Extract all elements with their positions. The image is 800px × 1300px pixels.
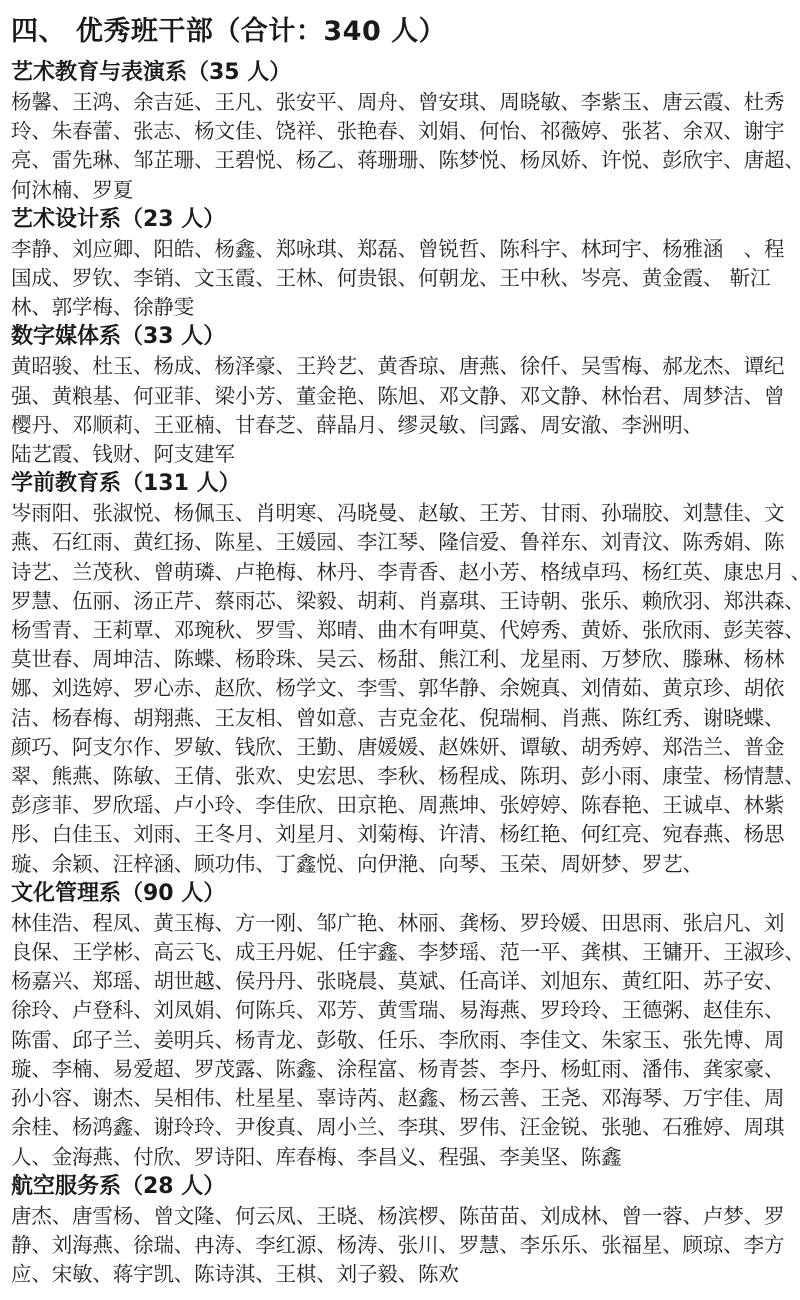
name-list-line: 亮、雷先琳、邹芷珊、王碧悦、杨乙、蒋珊珊、陈梦悦、杨凤娇、许悦、彭欣宇、唐超、 [11, 146, 790, 175]
name-list-line: 孙小容、谢杰、吴相伟、杜星星、辜诗芮、赵鑫、杨云善、王尧、邓海琴、万宇佳、周 [11, 1084, 790, 1113]
name-list-line: 璇、余颖、汪梓涵、顾功伟、丁鑫悦、向伊滟、向琴、玉荣、周妍梦、罗艺、 [11, 850, 790, 879]
name-list-line: 徐玲、卢登科、刘凤娟、何陈兵、邓芳、黄雪瑞、易海燕、罗玲玲、王德粥、赵佳东、 [11, 996, 790, 1025]
name-list-line: 岑雨阳、张淑悦、杨佩玉、肖明寒、冯晓曼、赵敏、王芳、甘雨、孙瑞胶、刘慧佳、文 [11, 499, 790, 528]
department-section: 文化管理系（90 人）林佳浩、程凤、黄玉梅、方一刚、邹广艳、林丽、龚杨、罗玲媛、… [11, 879, 790, 1172]
section-heading: 艺术教育与表演系（35 人） [11, 58, 790, 88]
name-list-line: 应、宋敏、蒋宇凯、陈诗淇、王棋、刘子毅、陈欢 [11, 1260, 790, 1289]
name-list-line: 黄昭骏、杜玉、杨成、杨泽豪、王羚艺、黄香琼、唐燕、徐仟、吴雪梅、郝龙杰、谭纪 [11, 352, 790, 381]
document-page: 四、 优秀班干部（合计：340 人） 艺术教育与表演系（35 人）杨馨、王鸿、余… [0, 0, 800, 1289]
name-list-line: 强、黄粮基、何亚菲、梁小芳、董金艳、陈旭、邓文静、邓文静、林怡君、周梦洁、曾 [11, 382, 790, 411]
name-list-line: 人、金海燕、付欣、罗诗阳、库春梅、李昌义、程强、李美坚、陈鑫 [11, 1143, 790, 1172]
name-list-line: 彭彦菲、罗欣瑶、卢小玲、李佳欣、田京艳、周燕坤、张婷婷、陈春艳、王诚卓、林紫 [11, 791, 790, 820]
name-list-line: 翠、熊燕、陈敏、王倩、张欢、史宏思、李秋、杨程成、陈玥、彭小雨、康莹、杨情慧、 [11, 762, 790, 791]
section-heading: 学前教育系（131 人） [11, 469, 790, 499]
department-section: 数字媒体系（33 人）黄昭骏、杜玉、杨成、杨泽豪、王羚艺、黄香琼、唐燕、徐仟、吴… [11, 322, 790, 469]
department-section: 航空服务系（28 人）唐杰、唐雪杨、曾文隆、何云凤、王晓、杨滨椤、陈苗苗、刘成林… [11, 1172, 790, 1290]
name-list-line: 樱丹、邓顺莉、王亚楠、甘春芝、薛晶月、缪灵敏、闫露、周安澈、李洲明、 [11, 411, 790, 440]
name-list-line: 诗艺、兰茂秋、曾萌璘、卢艳梅、林丹、李青香、赵小芳、格绒卓玛、杨红英、康忠月 、 [11, 558, 790, 587]
name-list-line: 莫世春、周坤洁、陈蝶、杨聆珠、吴云、杨甜、熊江利、龙星雨、万梦欣、滕琳、杨林 [11, 645, 790, 674]
department-section: 学前教育系（131 人）岑雨阳、张淑悦、杨佩玉、肖明寒、冯晓曼、赵敏、王芳、甘雨… [11, 469, 790, 879]
name-list-line: 杨嘉兴、郑瑶、胡世越、侯丹丹、张晓晨、莫斌、任高详、刘旭东、黄红阳、苏子安、 [11, 967, 790, 996]
name-list-line: 彤、白佳玉、刘雨、王冬月、刘星月、刘菊梅、许清、杨红艳、何红亮、宛春燕、杨思 [11, 820, 790, 849]
section-heading: 艺术设计系（23 人） [11, 205, 790, 235]
name-list-line: 璇、李楠、易爱超、罗茂露、陈鑫、涂程富、杨青荟、李丹、杨虹雨、潘伟、龚家豪、 [11, 1055, 790, 1084]
name-list-line: 娜、刘选婷、罗心赤、赵欣、杨学文、李雪、郭华静、余婉真、刘倩茹、黄京珍、胡依 [11, 674, 790, 703]
section-heading: 文化管理系（90 人） [11, 879, 790, 909]
department-section: 艺术设计系（23 人）李静、刘应卿、阳皓、杨鑫、郑咏琪、郑磊、曾锐哲、陈科宇、林… [11, 205, 790, 323]
name-list-line: 静、刘海燕、徐瑞、冉涛、李红源、杨涛、张川、罗慧、李乐乐、张福星、顾琼、李方 [11, 1231, 790, 1260]
name-list-line: 李静、刘应卿、阳皓、杨鑫、郑咏琪、郑磊、曾锐哲、陈科宇、林珂宇、杨雅涵 、程 [11, 235, 790, 264]
name-list-line: 洁、杨春梅、胡翔燕、王友相、曾如意、吉克金花、倪瑞桐、肖燕、陈红秀、谢晓蝶、 [11, 704, 790, 733]
department-section: 艺术教育与表演系（35 人）杨馨、王鸿、余吉延、王凡、张安平、周舟、曾安琪、周晓… [11, 58, 790, 205]
name-list-line: 唐杰、唐雪杨、曾文隆、何云凤、王晓、杨滨椤、陈苗苗、刘成林、曾一蓉、卢梦、罗 [11, 1202, 790, 1231]
section-heading: 数字媒体系（33 人） [11, 322, 790, 352]
name-list-line: 良保、王学彬、高云飞、成王丹妮、任宇鑫、李梦瑶、范一平、龚棋、王镛开、王淑珍、 [11, 938, 790, 967]
name-list-line: 颜巧、阿支尔作、罗敏、钱欣、王勤、唐媛媛、赵姝妍、谭敏、胡秀婷、郑浩兰、普金 [11, 733, 790, 762]
name-list-line: 余桂、杨鸿鑫、谢玲玲、尹俊真、周小兰、李琪、罗伟、汪金锐、张驰、石雅婷、周琪 [11, 1113, 790, 1142]
name-list-line: 杨馨、王鸿、余吉延、王凡、张安平、周舟、曾安琪、周晓敏、李紫玉、唐云霞、杜秀 [11, 88, 790, 117]
name-list-line: 陈雷、邱子兰、姜明兵、杨青龙、彭敬、任乐、李欣雨、李佳文、朱家玉、张先博、周 [11, 1026, 790, 1055]
sections-container: 艺术教育与表演系（35 人）杨馨、王鸿、余吉延、王凡、张安平、周舟、曾安琪、周晓… [11, 58, 790, 1289]
name-list-line: 林佳浩、程凤、黄玉梅、方一刚、邹广艳、林丽、龚杨、罗玲媛、田思雨、张启凡、刘 [11, 909, 790, 938]
name-list-line: 杨雪青、王莉覃、邓琬秋、罗雪、郑晴、曲木有呷莫、代婷秀、黄娇、张欣雨、彭芙蓉、 [11, 616, 790, 645]
page-title: 四、 优秀班干部（合计：340 人） [11, 12, 790, 52]
name-list-line: 林、郭学梅、徐静雯 [11, 293, 790, 322]
name-list-line: 罗慧、伍丽、汤正芹、蔡雨芯、梁毅、胡莉、肖嘉琪、王诗朝、张乐、赖欣羽、郑洪森、 [11, 587, 790, 616]
name-list-line: 陆艺霞、钱财、阿支建军 [11, 440, 790, 469]
name-list-line: 何沐楠、罗夏 [11, 176, 790, 205]
name-list-line: 燕、石红雨、黄红扬、陈星、王媛园、李江琴、隆信爱、鲁祥东、刘青汶、陈秀娟、陈 [11, 528, 790, 557]
section-heading: 航空服务系（28 人） [11, 1172, 790, 1202]
name-list-line: 玲、朱春蕾、张志、杨文佳、饶祥、张艳春、刘娟、何怡、祁薇婷、张茗、余双、谢宇 [11, 117, 790, 146]
name-list-line: 国成、罗钦、李销、文玉霞、王林、何贵银、何朝龙、王中秋、岑亮、黄金霞、 靳江 [11, 264, 790, 293]
